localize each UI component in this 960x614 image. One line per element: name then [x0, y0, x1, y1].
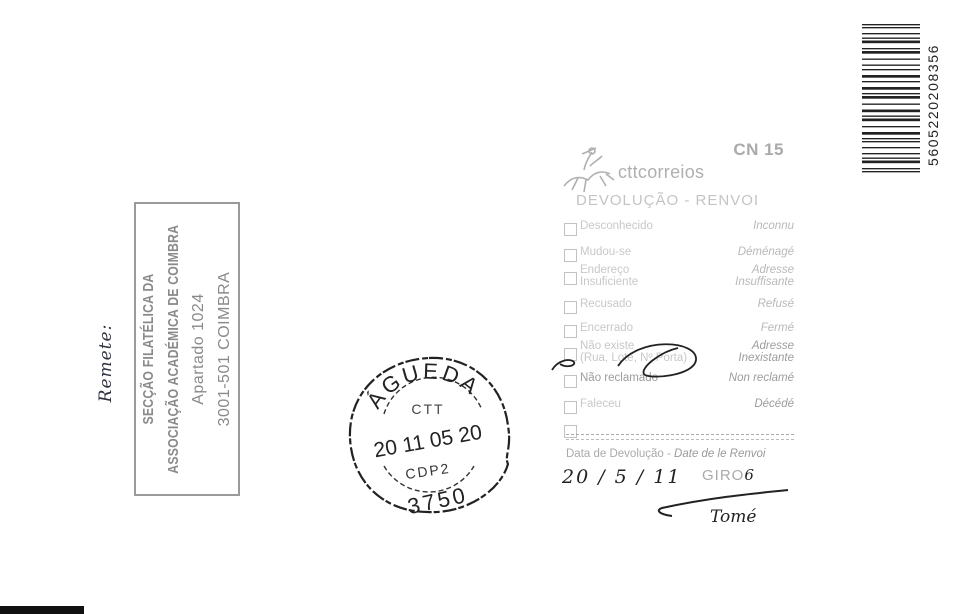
form-code: CN 15	[733, 140, 784, 160]
sender-line-1: SECÇÃO FILATÉLICA DA	[140, 274, 157, 425]
postmark-operator: CTT	[411, 401, 444, 417]
reason-row-deceased: Faleceu Décédé	[564, 398, 796, 420]
reason-fr: Déménagé	[738, 246, 794, 258]
reason-fr: Non reclamé	[729, 372, 794, 384]
reason-pt: Desconhecido	[580, 220, 653, 232]
reason-checkbox[interactable]	[564, 401, 577, 414]
reason-fr: Inconnu	[753, 220, 794, 232]
reason-pt: Recusado	[580, 298, 632, 310]
reason-checkbox[interactable]	[564, 425, 577, 438]
reason-checkbox[interactable]	[564, 272, 577, 285]
sender-line-4: 3001-501 COIMBRA	[216, 272, 234, 427]
divider	[566, 434, 794, 435]
reason-pt: Mudou-se	[580, 246, 631, 258]
sender-address-stamp: SECÇÃO FILATÉLICA DA ASSOCIAÇÃO ACADÉMIC…	[134, 202, 240, 496]
barcode-number: 5605220208356	[922, 26, 944, 184]
reason-pt: Endereço Insuficiente	[580, 264, 638, 288]
signature-stroke-icon: Tomé	[648, 482, 798, 527]
reason-pt: Faleceu	[580, 398, 621, 410]
reason-row-other	[564, 422, 796, 444]
date-caption-pt: Data de Devolução -	[566, 448, 674, 460]
date-caption-fr: Date de le Renvoi	[674, 448, 765, 460]
reason-row-refused: Recusado Refusé	[564, 298, 796, 320]
postmark-unit: CDP2	[404, 460, 451, 482]
postmark-date: 20 11 05 20	[372, 421, 484, 463]
postmark-cancellation: ÁGUEDA CTT 20 11 05 20 CDP2 3750	[344, 352, 514, 517]
reason-fr: Adresse Inexistante	[738, 340, 794, 364]
scan-edge	[0, 606, 84, 614]
signature-text: Tomé	[710, 507, 756, 527]
reason-fr: Refusé	[758, 298, 794, 310]
return-date-caption: Data de Devolução - Date de le Renvoi	[566, 448, 765, 460]
reason-checkbox[interactable]	[564, 301, 577, 314]
divider	[566, 439, 794, 440]
sender-line-3: Apartado 1024	[190, 293, 208, 404]
reason-checkbox[interactable]	[564, 223, 577, 236]
reason-checkbox[interactable]	[564, 249, 577, 262]
barcode-digits-text: 5605220208356	[925, 44, 941, 166]
sender-address-lines: SECÇÃO FILATÉLICA DA ASSOCIAÇÃO ACADÉMIC…	[136, 204, 238, 494]
handwritten-circle-mark-icon	[548, 330, 708, 390]
reason-row-unknown: Desconhecido Inconnu	[564, 220, 796, 242]
sender-label-text: Remete:	[96, 324, 116, 403]
ctt-horse-rider-logo-icon	[560, 146, 620, 194]
label-heading: DEVOLUÇÃO - RENVOI	[576, 192, 759, 209]
reason-fr: Décédé	[754, 398, 794, 410]
reason-fr: Adresse Insuffisante	[735, 264, 794, 288]
reason-row-insufficient-address: Endereço Insuficiente Adresse Insuffisan…	[564, 264, 796, 292]
sender-line-2: ASSOCIAÇÃO ACADÉMICA DE COIMBRA	[165, 225, 182, 474]
handwritten-sender-label: Remete:	[86, 308, 126, 418]
postmark-postcode: 3750	[405, 482, 470, 517]
ctt-brand-name: cttcorreios	[618, 162, 704, 183]
reason-fr: Fermé	[761, 322, 794, 334]
